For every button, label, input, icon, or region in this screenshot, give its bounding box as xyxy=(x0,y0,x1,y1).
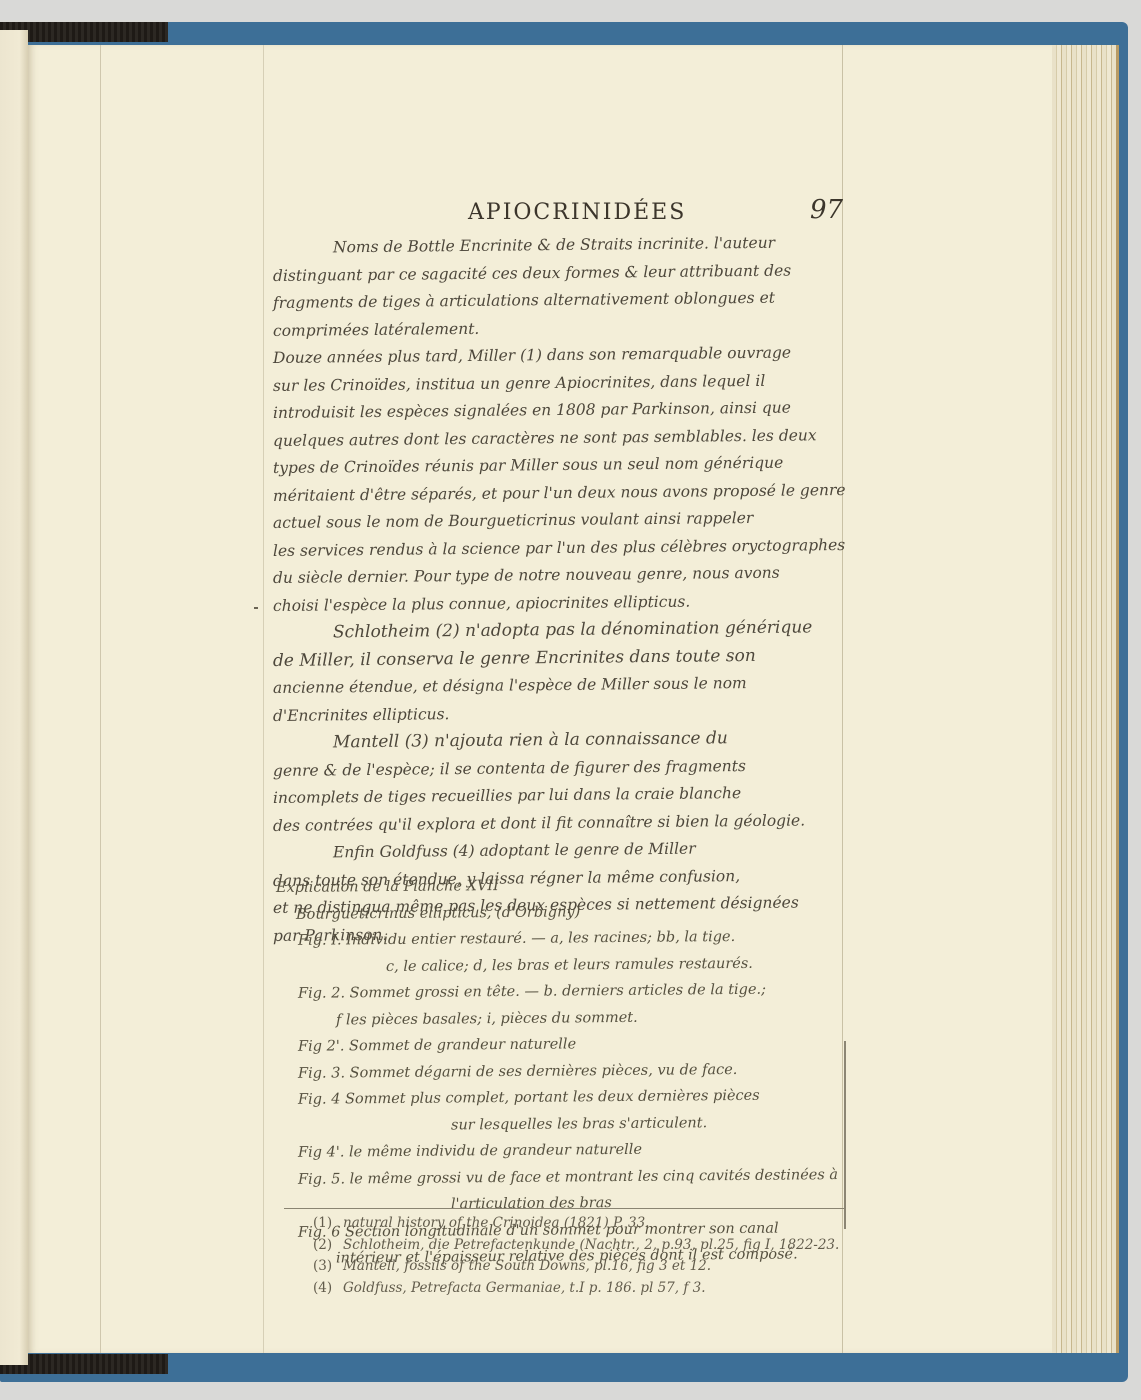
page-block-edges xyxy=(1052,45,1119,1353)
body-text: Noms de Bottle Encrinite & de Straits in… xyxy=(273,235,853,950)
page-title: APIOCRINIDÉES xyxy=(468,200,686,225)
margin-mark xyxy=(254,607,258,609)
footnote-text: Mantell, fossils of the South Downs, pl.… xyxy=(343,1258,711,1274)
footnote-number: (4) xyxy=(313,1278,343,1300)
footnote-divider xyxy=(284,1208,844,1209)
margin-rule-left xyxy=(100,45,101,1353)
footnote: (4)Goldfuss, Petrefacta Germaniae, t.I p… xyxy=(313,1278,873,1300)
footnote: (3)Mantell, fossils of the South Downs, … xyxy=(313,1256,873,1278)
footnote-text: natural history of the Crinoidea (1821) … xyxy=(343,1215,649,1231)
facing-page-edge xyxy=(0,30,28,1365)
margin-rule-text xyxy=(263,45,264,1353)
footnotes: (1)natural history of the Crinoidea (182… xyxy=(313,1213,873,1299)
footnote: (2)Schlotheim, die Petrefactenkunde (Nac… xyxy=(313,1235,873,1257)
footnote-number: (1) xyxy=(313,1213,343,1235)
manuscript-page: APIOCRINIDÉES 97 Noms de Bottle Encrinit… xyxy=(28,45,1052,1353)
footnote-text: Goldfuss, Petrefacta Germaniae, t.I p. 1… xyxy=(343,1280,706,1296)
footnote-text: Schlotheim, die Petrefactenkunde (Nachtr… xyxy=(343,1237,839,1253)
footnote: (1)natural history of the Crinoidea (182… xyxy=(313,1213,873,1235)
page-number: 97 xyxy=(810,195,843,225)
footnote-number: (3) xyxy=(313,1256,343,1278)
footnote-number: (2) xyxy=(313,1235,343,1257)
